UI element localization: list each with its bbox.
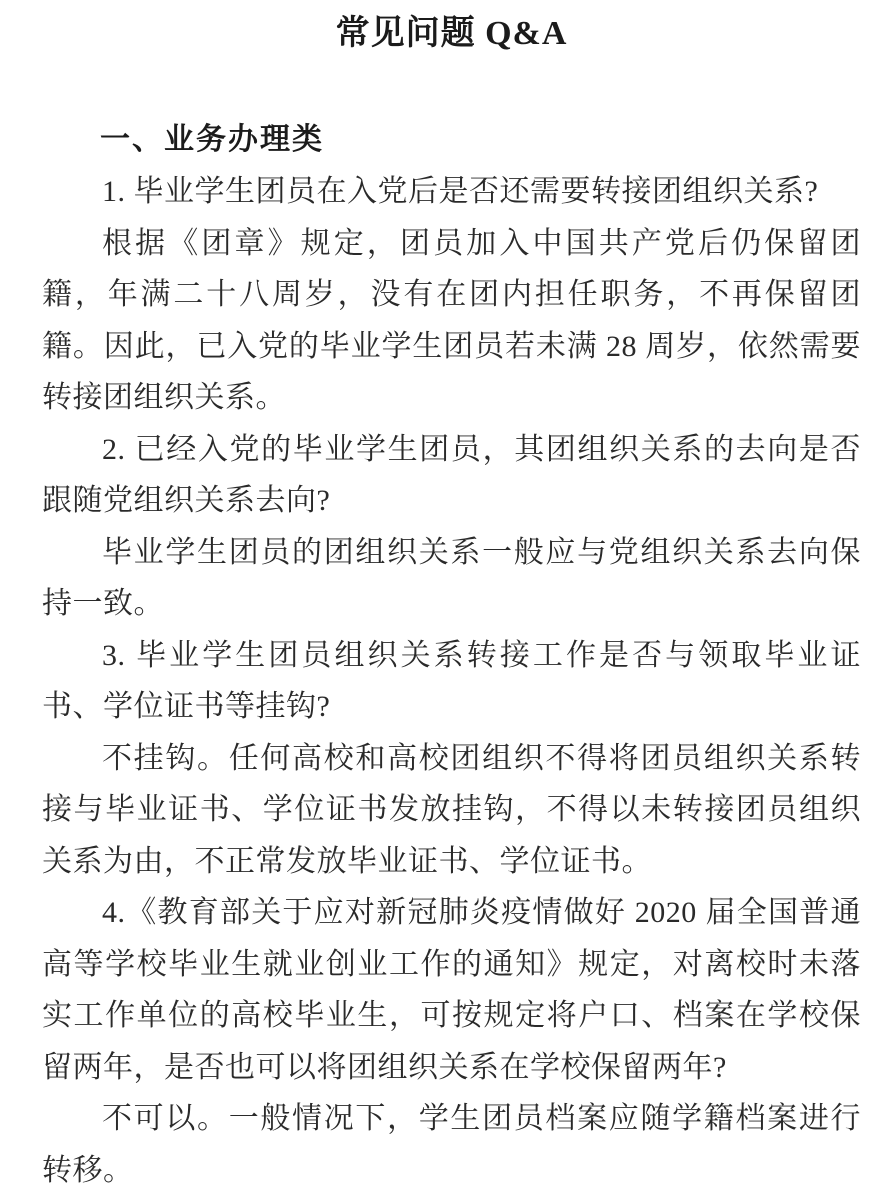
- document-page: 常见问题 Q&A 一、业务办理类 1. 毕业学生团员在入党后是否还需要转接团组织…: [0, 0, 891, 1188]
- page-title: 常见问题 Q&A: [42, 10, 861, 58]
- question-2: 2. 已经入党的毕业学生团员，其团组织关系的去向是否跟随党组织关系去向?: [42, 424, 861, 527]
- section-heading: 一、业务办理类: [42, 120, 861, 160]
- question-1: 1. 毕业学生团员在入党后是否还需要转接团组织关系?: [42, 166, 861, 218]
- answer-1: 根据《团章》规定，团员加入中国共产党后仍保留团籍，年满二十八周岁，没有在团内担任…: [42, 218, 861, 424]
- answer-3: 不挂钩。任何高校和高校团组织不得将团员组织关系转接与毕业证书、学位证书发放挂钩，…: [42, 733, 861, 888]
- question-4: 4.《教育部关于应对新冠肺炎疫情做好 2020 届全国普通高等学校毕业生就业创业…: [42, 887, 861, 1093]
- qa-body: 1. 毕业学生团员在入党后是否还需要转接团组织关系? 根据《团章》规定，团员加入…: [42, 166, 861, 1188]
- answer-2: 毕业学生团员的团组织关系一般应与党组织关系去向保持一致。: [42, 527, 861, 630]
- answer-4: 不可以。一般情况下，学生团员档案应随学籍档案进行转移。: [42, 1093, 861, 1188]
- question-3: 3. 毕业学生团员组织关系转接工作是否与领取毕业证书、学位证书等挂钩?: [42, 630, 861, 733]
